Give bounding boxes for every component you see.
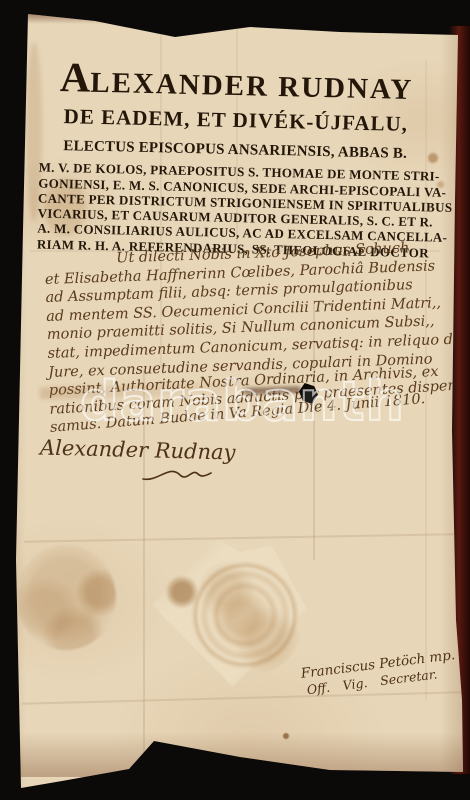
title-rest: LEXANDER RUDNAY [90, 67, 414, 106]
document-title: ALEXANDER RUDNAY [29, 53, 444, 111]
paraph-flourish [142, 462, 212, 488]
paper-top-edge-shading [14, 12, 462, 24]
secretary-signature: Franciscus Petöch mp. Off. Vig. Secretar… [300, 645, 470, 697]
rudnay-signature: Alexander Rudnay [40, 435, 236, 464]
stain-speck [283, 733, 289, 739]
photo-of-document: ALEXANDER RUDNAY DE EADEM, ET DIVÉK-ÚJFA… [0, 0, 470, 800]
seal-ghost-stain [16, 545, 116, 650]
fold-crease-horizontal [22, 691, 462, 705]
paper-bottom-edge-shading [14, 732, 464, 777]
title-initial: A [60, 55, 91, 102]
fold-crease-horizontal [24, 533, 454, 543]
embossed-seal-impression [184, 553, 306, 677]
auction-watermark: darabanth [80, 370, 405, 433]
printed-letterhead: ALEXANDER RUDNAY DE EADEM, ET DIVÉK-ÚJFA… [26, 53, 444, 260]
seal-dark-spot [166, 576, 198, 608]
